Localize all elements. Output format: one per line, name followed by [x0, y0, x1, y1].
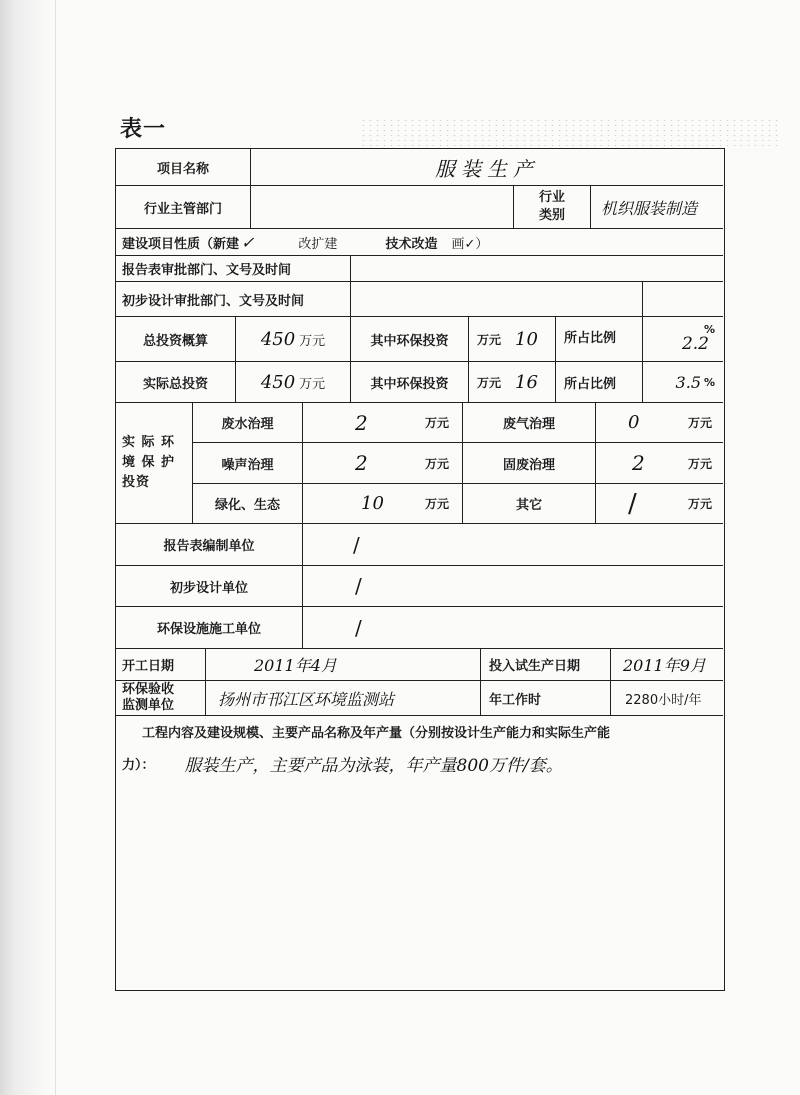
env-investment-group-label: 实 际 环 境 保 护 投资: [116, 403, 193, 524]
waste-gas-label: 废气治理: [463, 403, 596, 443]
other-label: 其它: [463, 484, 596, 524]
prelim-unit-value[interactable]: /: [303, 566, 723, 607]
project-name-value[interactable]: 服装生产: [251, 149, 723, 186]
budget-ratio-label: 所占比例: [556, 317, 643, 362]
scan-shadow: [0, 0, 52, 1095]
waste-gas-unit: 万元: [688, 414, 712, 431]
actual-amount-cell: 450 万元: [236, 362, 351, 403]
budget-amount-unit: 万元: [299, 330, 325, 349]
prelim-unit-label: 初步设计单位: [116, 566, 303, 607]
industry-category-label-1: 行业: [539, 189, 565, 207]
facility-unit-value[interactable]: /: [303, 607, 723, 649]
scope-section: 工程内容及建设规模、主要产品名称及年产量（分别按设计生产能力和实际生产能 力）：…: [116, 716, 723, 989]
scan-edge-line: [55, 0, 56, 1095]
greening-unit: 万元: [425, 495, 449, 512]
industry-dept-value[interactable]: [251, 186, 514, 229]
budget-amount[interactable]: 450: [261, 329, 295, 350]
industry-dept-label: 行业主管部门: [116, 186, 251, 229]
env-group-label-1: 实 际 环: [122, 433, 175, 453]
budget-env-unit: 万元: [477, 331, 501, 348]
budget-ratio[interactable]: 2.2: [682, 334, 709, 354]
prelim-approval-label: 初步设计审批部门、文号及时间: [116, 282, 351, 317]
report-unit-label: 报告表编制单位: [116, 524, 303, 566]
industry-category-label: 行业 类别: [514, 186, 591, 229]
scope-label-cont: 力）：: [122, 754, 155, 773]
project-name-label: 项目名称: [116, 149, 251, 186]
actual-env-unit: 万元: [477, 374, 501, 391]
actual-amount-unit: 万元: [299, 373, 325, 392]
waste-gas-cell: 0 万元: [596, 403, 723, 443]
start-date-label: 开工日期: [116, 649, 206, 681]
report-approval-label: 报告表审批部门、文号及时间: [116, 256, 351, 282]
solid-waste-cell: 2 万元: [596, 443, 723, 484]
env-group-label-2: 境 保 护: [122, 453, 175, 473]
project-nature-label: 建设项目性质（新建: [122, 233, 239, 252]
option-tech-upgrade[interactable]: 技术改造: [385, 233, 437, 252]
annual-hours-value[interactable]: 2280小时/年: [611, 681, 723, 716]
other-unit: 万元: [688, 495, 712, 512]
solid-waste-value[interactable]: 2: [632, 451, 688, 475]
other-cell: / 万元: [596, 484, 723, 524]
noise-value[interactable]: 2: [355, 451, 425, 475]
facility-unit-label: 环保设施施工单位: [116, 607, 303, 649]
wastewater-cell: 2 万元: [303, 403, 463, 443]
report-approval-value[interactable]: [351, 256, 723, 282]
option-expand[interactable]: 改扩建: [298, 233, 337, 252]
monitor-unit-label: 环保验收 监测单位: [116, 681, 206, 716]
prelim-approval-extra[interactable]: [643, 282, 723, 317]
solid-waste-unit: 万元: [688, 455, 712, 472]
report-unit-value[interactable]: /: [303, 524, 723, 566]
industry-category-label-2: 类别: [539, 207, 565, 225]
check-mark-new[interactable]: ✓: [241, 233, 254, 252]
prelim-approval-value[interactable]: [351, 282, 643, 317]
industry-category-value[interactable]: 机织服装制造: [591, 186, 723, 229]
monitor-unit-label-1: 环保验收: [122, 682, 174, 698]
actual-label: 实际总投资: [116, 362, 236, 403]
greening-cell: 10 万元: [303, 484, 463, 524]
actual-ratio-label: 所占比例: [556, 362, 643, 403]
budget-env-amount[interactable]: 10: [515, 329, 538, 350]
other-value[interactable]: /: [628, 489, 688, 519]
start-date-value[interactable]: 2011年4月: [206, 649, 481, 681]
budget-ratio-unit: %: [704, 323, 715, 336]
scan-noise: [360, 118, 780, 148]
budget-label: 总投资概算: [116, 317, 236, 362]
wastewater-value[interactable]: 2: [355, 411, 425, 435]
actual-ratio-unit: %: [704, 376, 715, 389]
noise-cell: 2 万元: [303, 443, 463, 484]
monitor-unit-label-2: 监测单位: [122, 698, 174, 714]
project-nature-row: 建设项目性质（新建 ✓ 改扩建 技术改造 画✓）: [116, 229, 723, 256]
monitor-unit-value[interactable]: 扬州市邗江区环境监测站: [206, 681, 481, 716]
actual-env-cell: 万元 16: [469, 362, 556, 403]
noise-unit: 万元: [425, 455, 449, 472]
option-other[interactable]: 画✓）: [451, 233, 488, 252]
scope-label: 工程内容及建设规模、主要产品名称及年产量（分别按设计生产能力和实际生产能: [122, 722, 717, 741]
greening-value[interactable]: 10: [361, 493, 425, 514]
annual-hours-label: 年工作时: [481, 681, 611, 716]
trial-date-value[interactable]: 2011年9月: [611, 649, 723, 681]
solid-waste-label: 固废治理: [463, 443, 596, 484]
waste-gas-value[interactable]: 0: [628, 412, 688, 433]
actual-ratio[interactable]: 3.5: [676, 373, 701, 392]
env-group-label-3: 投资: [122, 473, 150, 493]
budget-ratio-cell: 2.2 %: [643, 317, 723, 362]
trial-date-label: 投入试生产日期: [481, 649, 611, 681]
budget-amount-cell: 450 万元: [236, 317, 351, 362]
actual-amount[interactable]: 450: [261, 372, 295, 393]
wastewater-unit: 万元: [425, 414, 449, 431]
scope-value[interactable]: 服装生产，主要产品为泳装，年产量800万件/套。: [185, 751, 563, 776]
actual-ratio-cell: 3.5 %: [643, 362, 723, 403]
page-title: 表一: [120, 112, 166, 143]
wastewater-label: 废水治理: [193, 403, 303, 443]
actual-env-label: 其中环保投资: [351, 362, 469, 403]
greening-label: 绿化、生态: [193, 484, 303, 524]
budget-env-label: 其中环保投资: [351, 317, 469, 362]
actual-env-amount[interactable]: 16: [515, 372, 538, 393]
budget-env-cell: 万元 10: [469, 317, 556, 362]
noise-label: 噪声治理: [193, 443, 303, 484]
project-info-form: 项目名称 服装生产 行业主管部门 行业 类别 机织服装制造 建设项目性质（新建 …: [115, 148, 725, 991]
